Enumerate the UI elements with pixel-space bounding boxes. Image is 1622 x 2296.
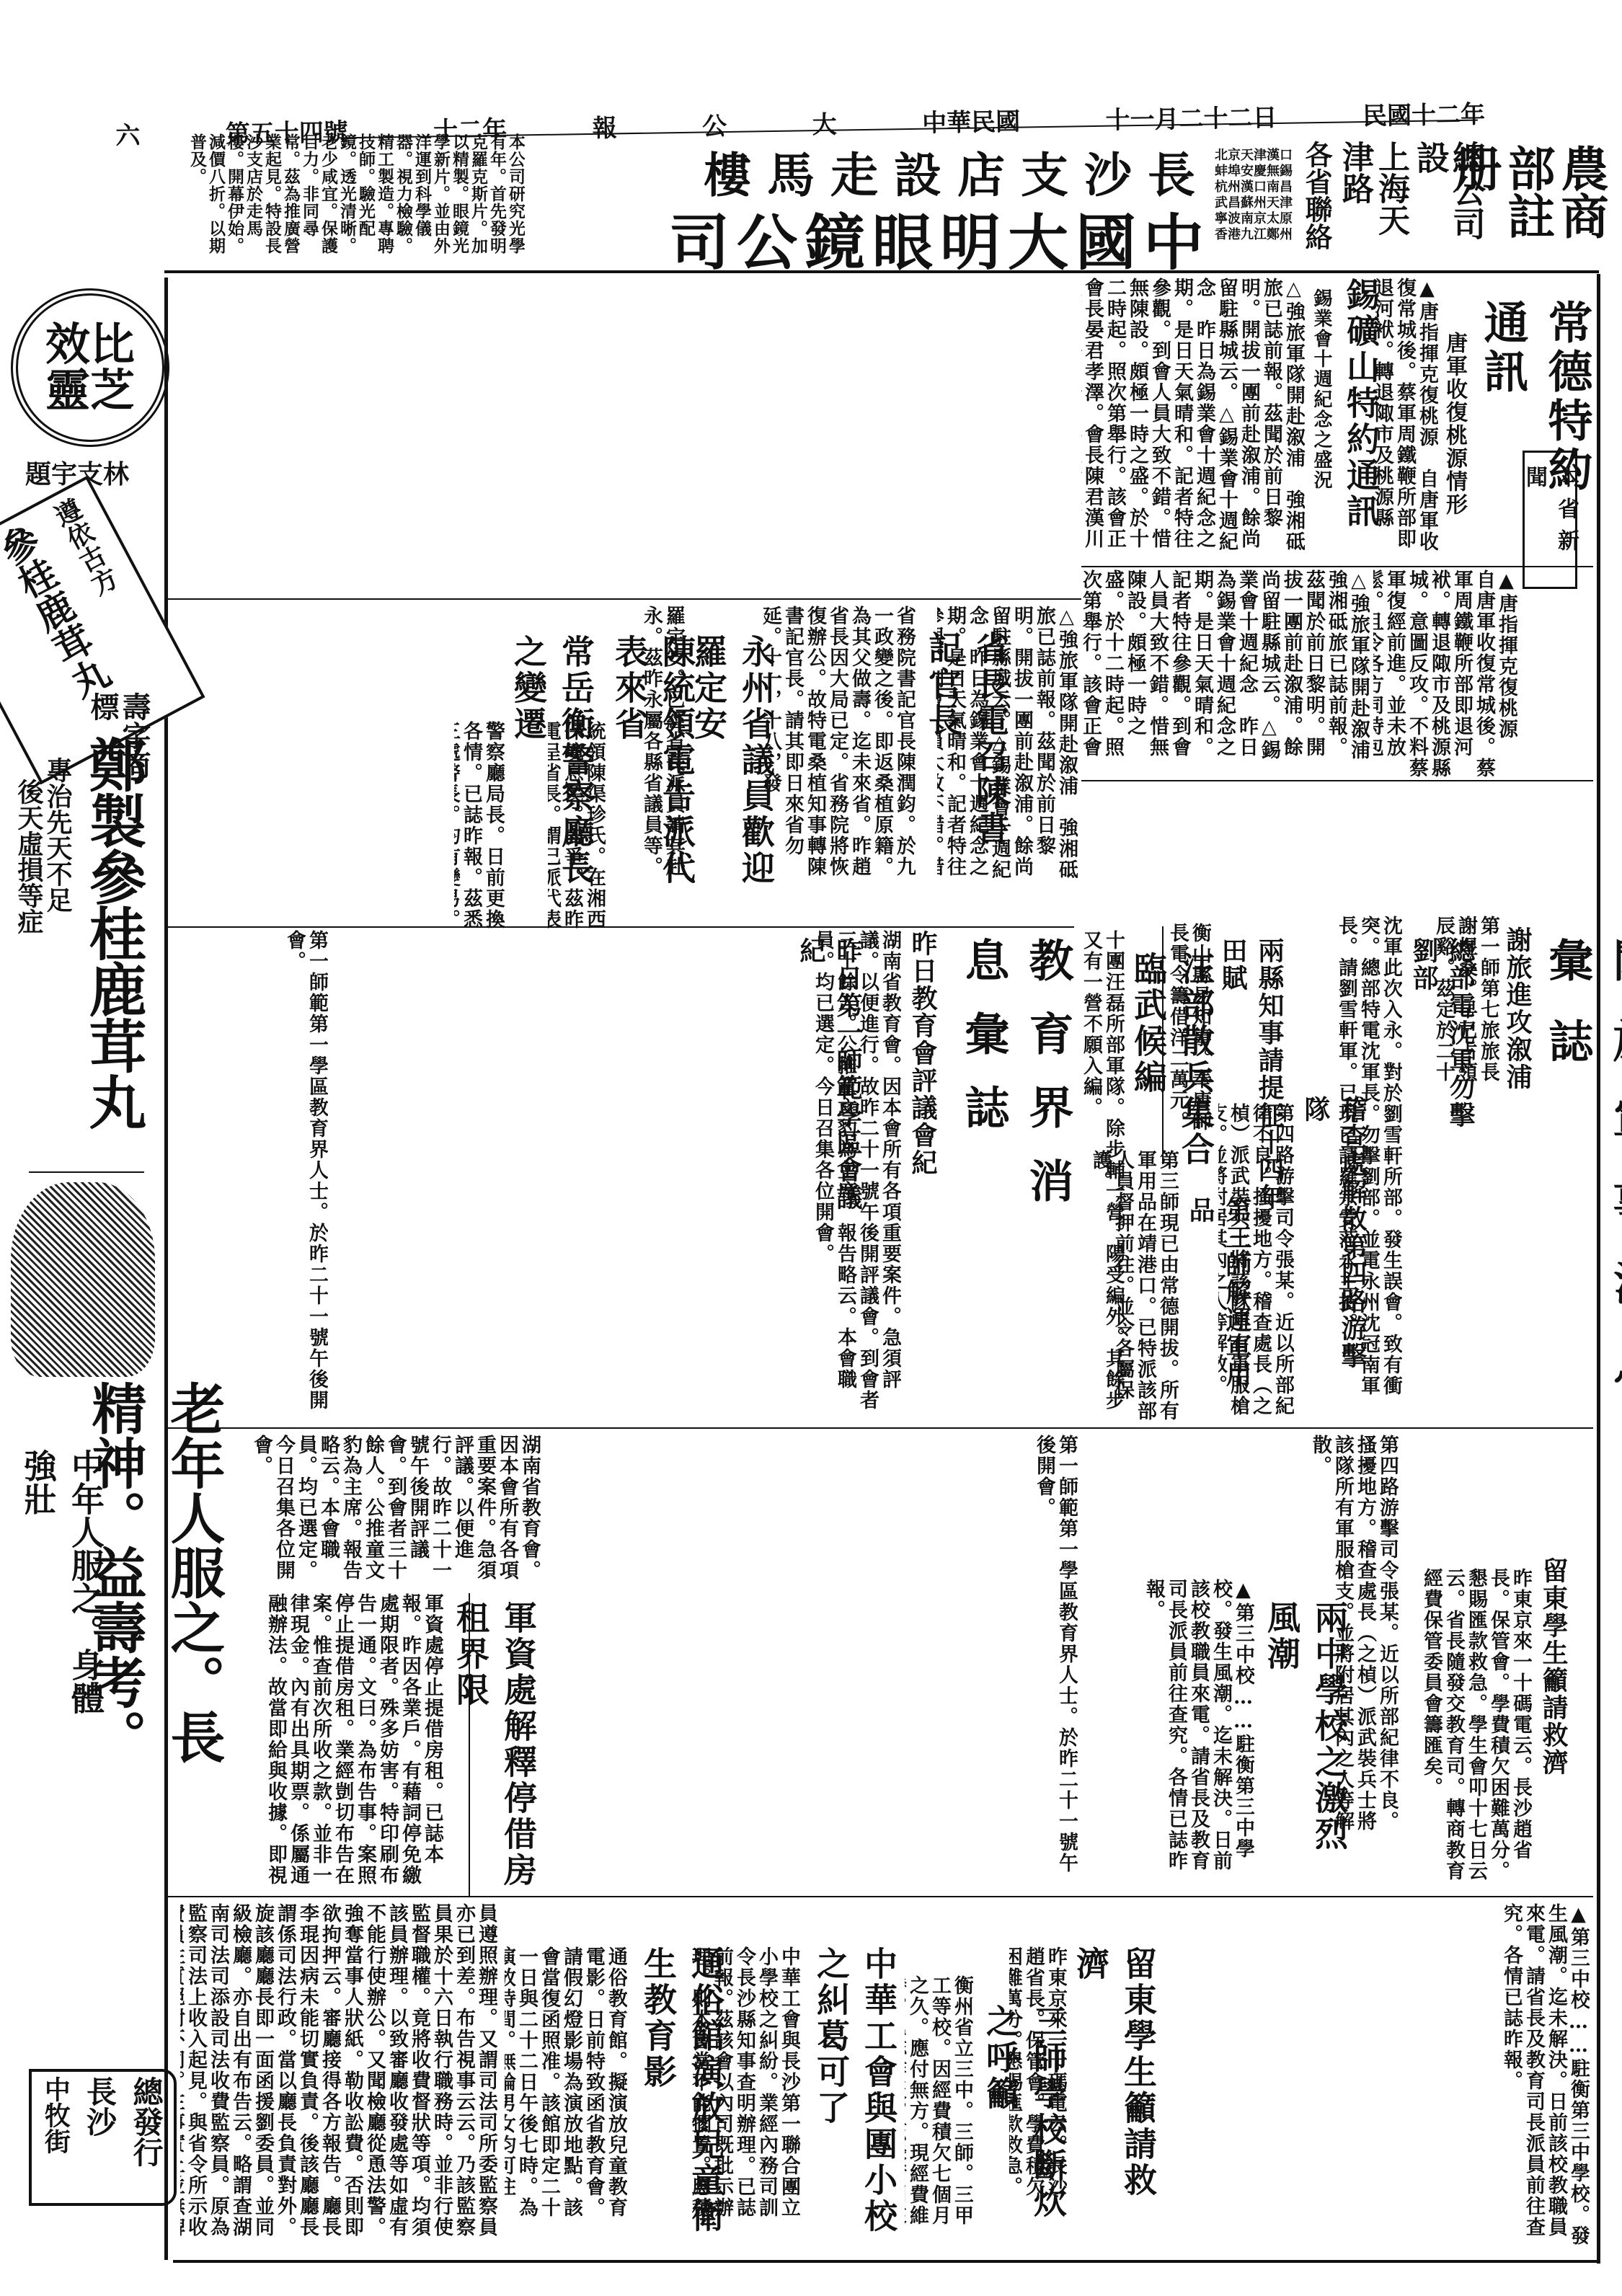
article-title-education: 教育界消息彙誌 — [952, 937, 1080, 1298]
article-body-court — [166, 278, 670, 595]
article-title-wang: 兩縣知事請提征十四年田賦 — [1215, 937, 1288, 1211]
rule — [1081, 780, 1593, 781]
ad-headline-2: 中國大明眼鏡公司 — [533, 195, 1211, 282]
article-body-tinmine-c: △強旅軍隊開赴溆浦 強湘砥旅已誌前報。茲聞於前日黎明。開拔一團前赴溆浦。餘尚留駐… — [937, 606, 1078, 894]
article-body-court-b — [674, 278, 1078, 595]
rule — [166, 598, 1081, 600]
company-line-3: 各省聯絡 — [1300, 141, 1332, 263]
branch-cities: 北京天津漢口蚌埠安慶無錫 杭州漢口南昌武昌蘇州天津 寧波南京太原香港九江鄭州 — [1215, 148, 1294, 243]
distributor-line-1: 總發行 — [125, 2076, 168, 2199]
article-title-students: 留東學生籲請救濟 — [1535, 1557, 1572, 1918]
military-item-4-title: 第三師解運軍用品 — [1182, 1197, 1256, 1413]
rule — [166, 1896, 1593, 1897]
article-title-tinmine: 錫礦山特約通訊 — [1337, 278, 1385, 566]
military-item-2-title: 總部電沈軍勿擊劉部 — [1406, 937, 1479, 1139]
edu-item-7-title: 通俗館演放兒童衛生教育影 — [634, 1946, 730, 2235]
edu-item-2-body: 第一師範第一學區教育界人士。於昨二十一號午後開會。 — [166, 930, 328, 1420]
article-body-tinmine-a: △強旅軍隊開赴溆浦 強湘砥旅已誌前報。茲聞於前日黎明。開拔一團前赴溆浦。餘尚留駐… — [1081, 278, 1305, 562]
article-body-changyue: 警察廳局長。日前更換各情。已誌昨報。茲悉三處警長。均有變易。分錄如下。 — [454, 721, 505, 930]
seal-text: 效比靈芝 — [40, 322, 141, 414]
edu-item-4-title: 留東學生籲請救濟 — [1067, 1946, 1162, 2220]
era-label: 中華民國 — [922, 102, 1021, 138]
article-body-tinmine-b: △強旅軍隊開赴溆浦 強湘砥旅已誌前報。茲聞於前日黎明。開拔一團前赴溆浦。餘尚留駐… — [1081, 569, 1370, 775]
article-title-military: 關於軍事消息彙誌 — [1535, 937, 1622, 1442]
military-item-1-title: 謝旅進攻溆浦 — [1499, 926, 1536, 1143]
paper-name-char-3: 大 — [812, 105, 837, 141]
distributor-box: 總發行 長沙 中牧街 — [29, 2069, 177, 2206]
edu-item-2-cont: 第一師範第一學區教育界人士。於昨二十一號午後開會。 — [548, 1435, 1078, 1881]
edu-item-7-body: 通俗教育館。擬演放兒童教育電影。日前特致函省教育會。請假幻燈影場為演放地點。該會… — [505, 1946, 627, 2235]
article-subtitle-tinmine: 錫業會十週紀念之盛況 — [1308, 288, 1335, 562]
rule — [29, 1171, 144, 1173]
edu-item-5-title: 三師學校斷炊之呼籲 — [977, 2004, 1072, 2242]
company-info: 總公司設 上海天津路 各省聯絡 — [1269, 141, 1485, 263]
page-bottom-rule — [173, 2260, 1600, 2263]
distributor-line-3: 中牧街 — [37, 2076, 74, 2199]
elder-portrait-illustration — [11, 1182, 155, 1377]
rule — [166, 1427, 1593, 1429]
left-border-rule — [164, 278, 168, 2260]
indication-2: 後天虛損等症 — [11, 779, 48, 995]
seal-emblem: 效比靈芝 — [11, 288, 169, 447]
page-number: 六 — [115, 115, 141, 151]
article-body-tianfu: 軍資處停止提借房租。已誌本報。昨因各業戶。有藉詞停免繳處期限者。殊多妨害。特印刷… — [267, 1593, 443, 1896]
article-title-changyue: 常岳衡警察廳長之變遷 — [505, 634, 600, 916]
article-body-junzi: 員遵照辦理。又謂司法司所委監察員亦已到差。布告視事云云。乃該監察員果於十六日執行… — [180, 1903, 497, 2242]
company-line-1: 總公司設 — [1413, 141, 1485, 263]
article-title-tianfu: 軍資處解釋停借房租界限 — [447, 1600, 542, 1903]
article-title-changde: 常德特約通訊 — [1471, 299, 1599, 515]
rule — [166, 926, 1074, 928]
edu-item-1-title: 昨日教育會評議會紀 — [905, 930, 941, 1240]
article-subtitle-changde: 唐軍收復桃源情形 — [1438, 332, 1470, 548]
article-title-county: 汪部散兵集合臨武候編 — [1125, 952, 1220, 1168]
edu-item-2-title: 昨日第一師範學區會議紀 — [793, 937, 867, 1225]
ad-body-text: 本公司研究光學有年。首先發明克羅克斯片。加以精製。眼鏡光學新片。並由外洋運到科學… — [164, 133, 525, 260]
article-body-changde-cont: ▲唐指揮克復桃源 自唐軍收復常城後。蔡軍周鐵鞭所部即退河袱。轉退陬市及桃源縣城。… — [1373, 569, 1517, 779]
edu-item-3-cont: ▲第三中校……駐衡第三中學校。發生風潮。迄未解決。日前該校教職員來電。請省長及教… — [1244, 1903, 1590, 2256]
article-body-students-abroad: 昨東京來一十碼電云。長沙趙省長。保管會。學費積欠困難萬分。懇賜匯款救急。學生會叩… — [1406, 1568, 1532, 1885]
distributor-line-2: 長沙 — [78, 2076, 121, 2199]
edu-item-5-body: 衡州省立三中。三師。三甲工等校。因經費積欠七個月之久。應付無方。現經費維持。已誌… — [905, 1975, 973, 2235]
article-title-chen: 陳統領電告派代表來省 — [606, 634, 701, 916]
slogan-sub: 中年人服之。身體強壯 — [14, 1449, 110, 1737]
article-body-court-c — [166, 606, 451, 923]
rule — [469, 1593, 470, 1896]
edu-item-6-title: 中華工會與團小校之糾葛可了 — [807, 1946, 903, 2235]
military-item-3-title: 稽查處解散第四路游擊隊 — [1298, 1096, 1371, 1370]
edu-item-3-title: 兩中學校之激烈風潮 — [1258, 1600, 1353, 1874]
year-label: 民國十二年 — [1362, 94, 1486, 132]
banner-bottom-rule — [164, 270, 1599, 273]
rule — [1081, 566, 1593, 567]
product-name: 鄭製參桂鹿茸丸 — [72, 735, 155, 1168]
date-label: 十一月二十二日 — [1105, 97, 1277, 136]
edu-item-3-body: ▲第三中校……駐衡第三中學校。發生風潮。迄未解決。日前該校教職員來電。請省長及教… — [1085, 1579, 1254, 1889]
company-line-2: 上海天津路 — [1337, 141, 1409, 263]
